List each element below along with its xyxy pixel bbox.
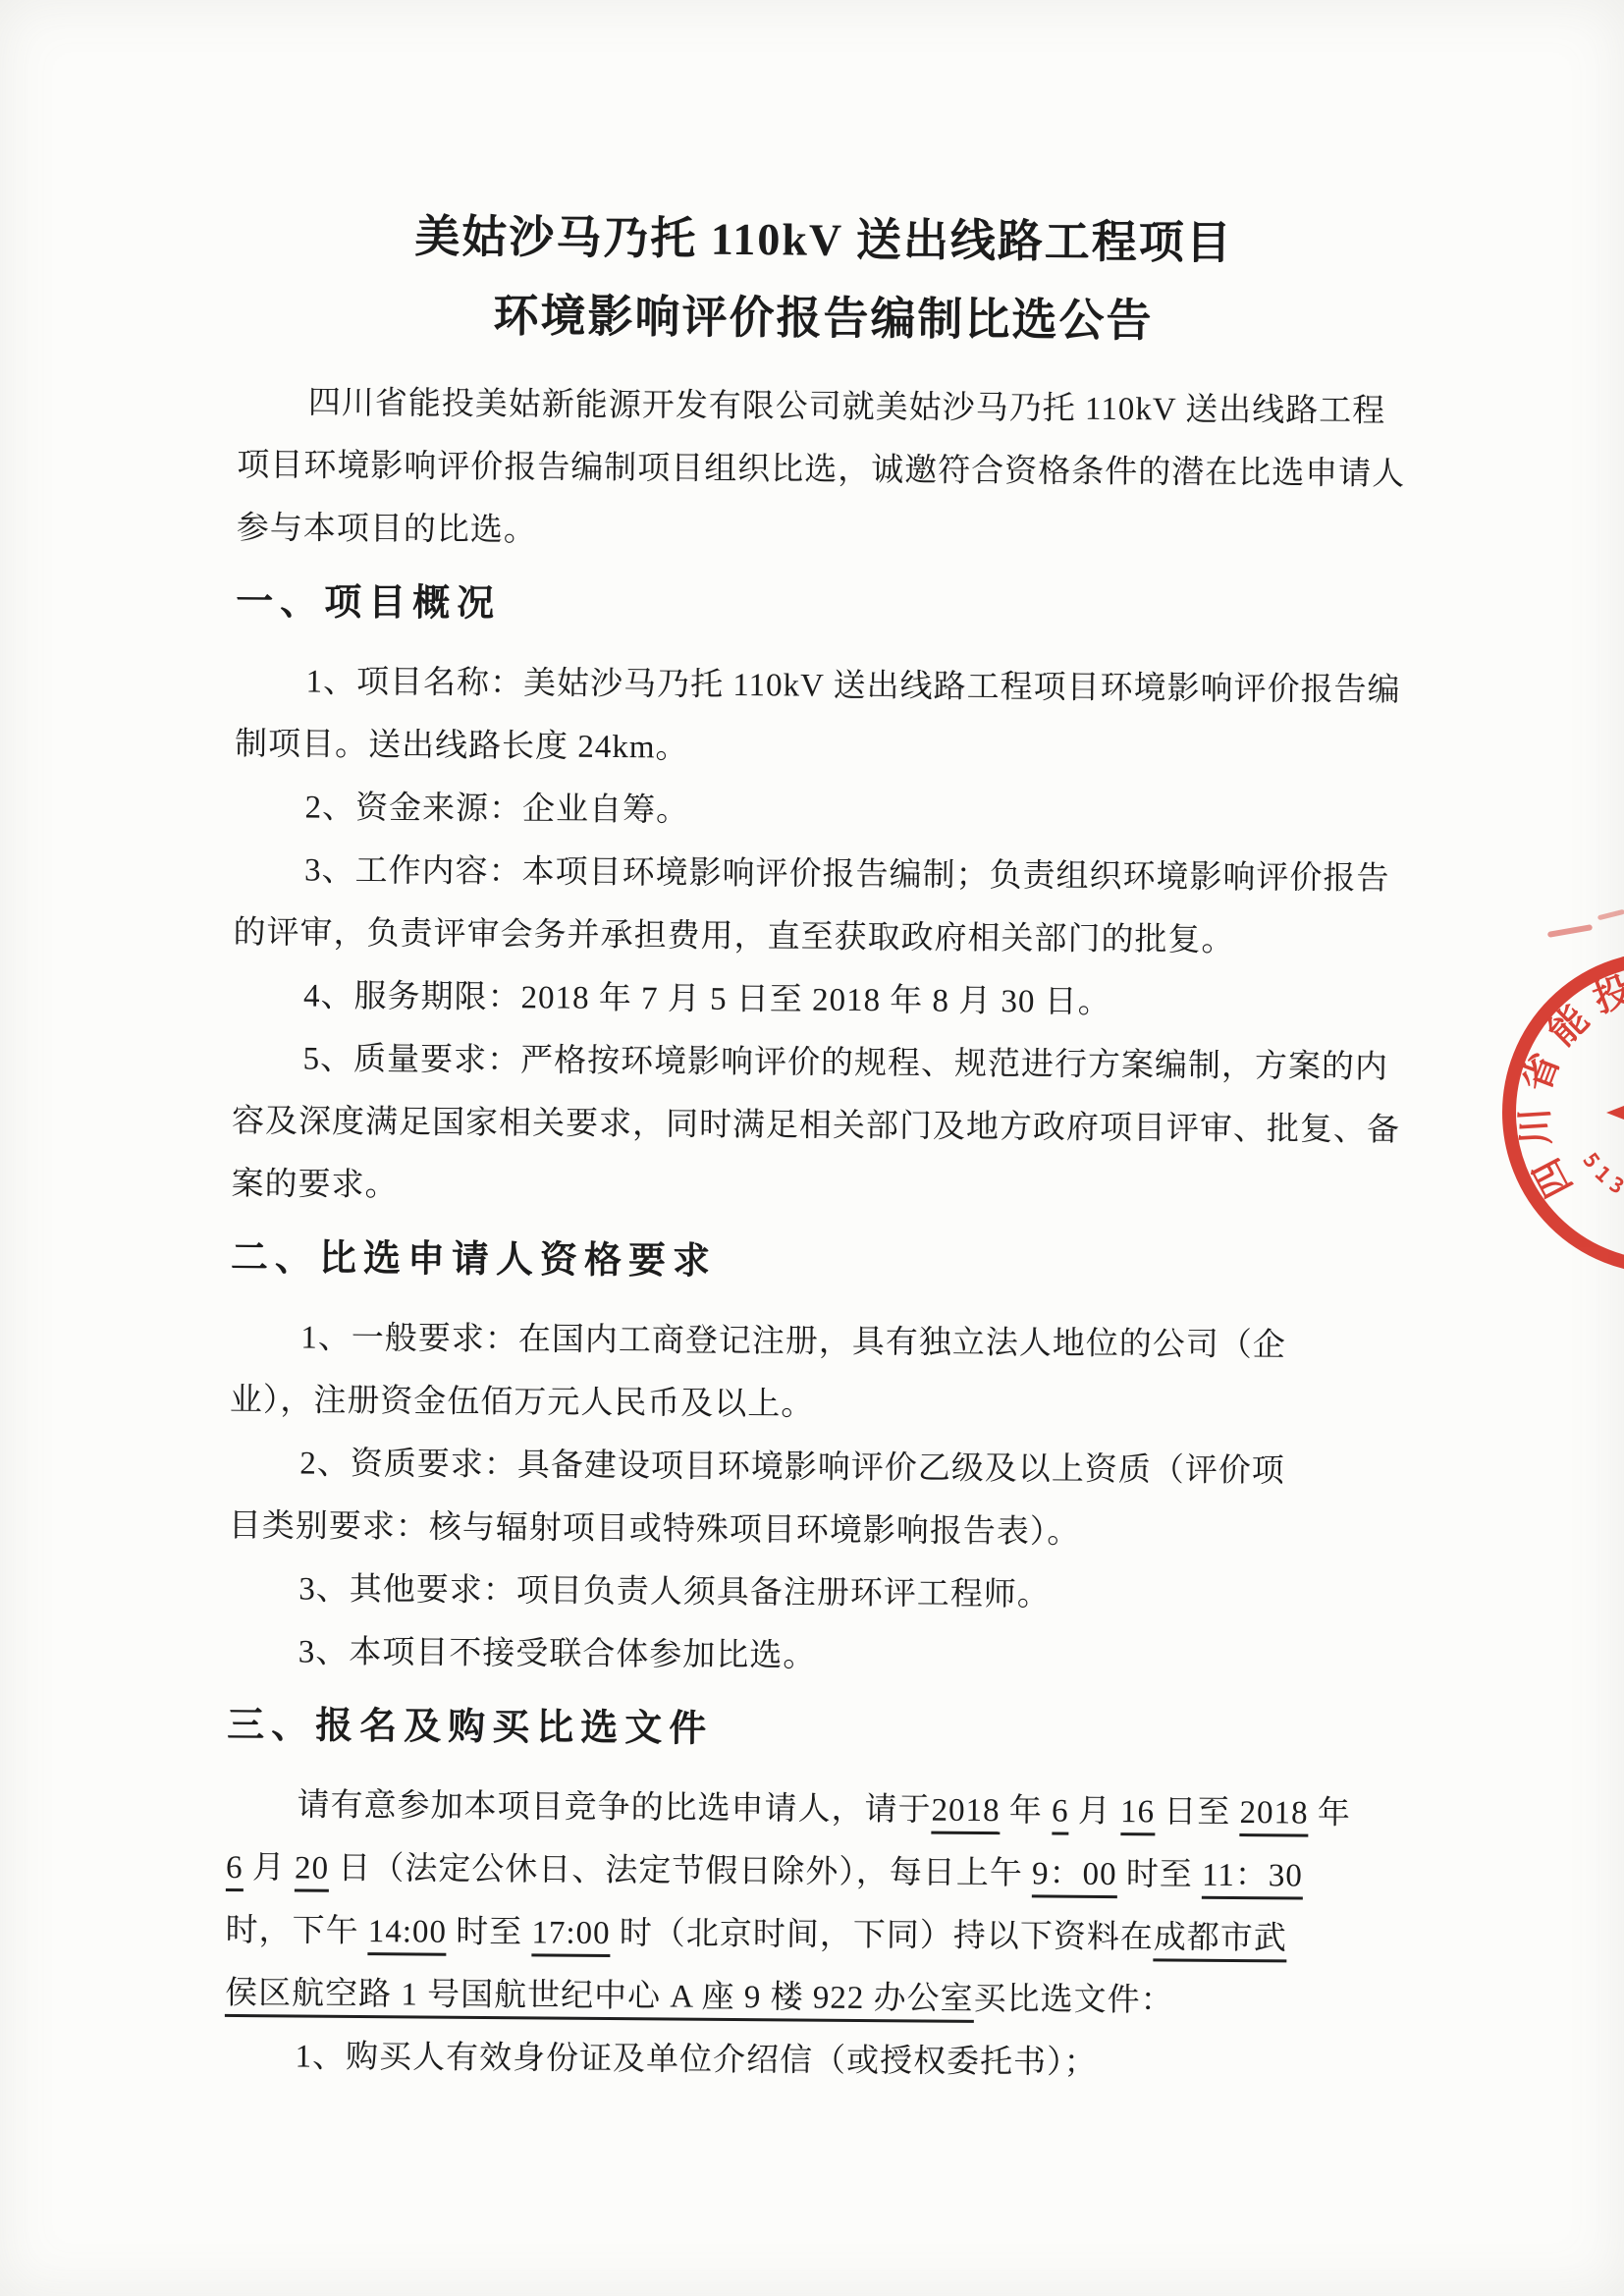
text-line: 时，下午 14:00 时至 17:00 时（北京时间，下同）持以下资料在成都市武 — [225, 1899, 1395, 1971]
underlined-date: 2018 — [1239, 1795, 1308, 1837]
underlined-address: 成都市武 — [1154, 1920, 1287, 1962]
text-line: 四川省能投美姑新能源开发有限公司就美姑沙马乃托 110kV 送出线路工程 — [238, 371, 1408, 443]
seal-star — [1606, 1059, 1624, 1167]
section3-body: 请有意参加本项目竞争的比选申请人，请于2018 年 6 月 16 日至 2018… — [224, 1774, 1396, 2097]
text-line: 侯区航空路 1 号国航世纪中心 A 座 9 楼 922 办公室买比选文件： — [225, 1962, 1395, 2034]
underlined-date: 6 — [1052, 1794, 1069, 1835]
section1-body: 1、项目名称：美姑沙马乃托 110kV 送出线路工程项目环境影响评价报告编 制项… — [231, 650, 1405, 1225]
text-line: 5、质量要求：严格按环境影响评价的规程、规范进行方案编制，方案的内 — [232, 1027, 1402, 1099]
underlined-time: 14:00 — [368, 1914, 447, 1956]
text-line: 制项目。送出线路长度 24km。 — [235, 713, 1405, 785]
text-line: 1、一般要求：在国内工商登记注册，具有独立法人地位的公司（企 — [230, 1306, 1400, 1378]
underlined-date: 2018 — [931, 1793, 1000, 1835]
text-line: 1、购买人有效身份证及单位介绍信（或授权委托书）； — [224, 2025, 1394, 2097]
section1-heading: 一、项目概况 — [236, 568, 1407, 645]
text-line: 3、本项目不接受联合体参加比选。 — [228, 1620, 1398, 1692]
title-line-1: 美姑沙马乃托 110kV 送出线路工程项目 — [239, 196, 1410, 284]
underlined-address: 侯区航空路 1 号国航世纪中心 A 座 9 楼 922 办公室 — [225, 1976, 974, 2023]
text-line: 1、项目名称：美姑沙马乃托 110kV 送出线路工程项目环境影响评价报告编 — [235, 650, 1405, 722]
text-line: 项目环境影响评价报告编制项目组织比选，诚邀符合资格条件的潜在比选申请人 — [237, 434, 1407, 506]
text-segment: 月 — [1068, 1794, 1120, 1830]
text-segment: 请有意参加本项目竞争的比选申请人，请于 — [297, 1788, 931, 1829]
text-line: 业），注册资金伍佰万元人民币及以上。 — [230, 1369, 1400, 1441]
text-segment: 时至 — [447, 1915, 532, 1951]
text-line: 4、服务期限：2018 年 7 月 5 日至 2018 年 8 月 30 日。 — [233, 964, 1403, 1036]
text-segment: 买比选文件： — [973, 1982, 1173, 2019]
underlined-time: 9：00 — [1032, 1856, 1117, 1898]
text-segment: 年 — [1308, 1796, 1351, 1831]
section2-heading: 二、比选申请人资格要求 — [231, 1224, 1402, 1301]
text-line: 案的要求。 — [231, 1153, 1401, 1225]
text-line: 参与本项目的比选。 — [237, 497, 1407, 569]
text-line: 2、资质要求：具备建设项目环境影响评价乙级及以上资质（评价项 — [229, 1432, 1399, 1503]
document-content: 美姑沙马乃托 110kV 送出线路工程项目 环境影响评价报告编制比选公告 四川省… — [224, 0, 1411, 2097]
document-title: 美姑沙马乃托 110kV 送出线路工程项目 环境影响评价报告编制比选公告 — [238, 0, 1411, 362]
intro-paragraph: 四川省能投美姑新能源开发有限公司就美姑沙马乃托 110kV 送出线路工程 项目环… — [237, 371, 1408, 569]
text-segment: 日至 — [1155, 1794, 1240, 1831]
seal-serial-number: 51343650 — [1578, 1149, 1624, 1212]
seal-ink-smudge — [1547, 924, 1593, 938]
underlined-date: 6 — [226, 1850, 244, 1891]
section3-heading: 三、报名及购买比选文件 — [227, 1691, 1398, 1769]
underlined-time: 11：30 — [1202, 1858, 1303, 1900]
underlined-time: 17:00 — [531, 1915, 610, 1957]
text-segment: 年 — [1000, 1793, 1052, 1829]
text-line: 容及深度满足国家相关要求，同时满足相关部门及地方政府项目评审、批复、备 — [232, 1090, 1402, 1162]
text-line: 目类别要求：核与辐射项目或特殊项目环境影响报告表）。 — [229, 1495, 1399, 1566]
title-line-2: 环境影响评价报告编制比选公告 — [238, 275, 1409, 362]
text-line: 请有意参加本项目竞争的比选申请人，请于2018 年 6 月 16 日至 2018… — [226, 1774, 1396, 1845]
text-line: 的评审，负责评审会务并承担费用，直至获取政府相关部门的批复。 — [233, 902, 1403, 973]
text-line: 6 月 20 日（法定公休日、法定节假日除外），每日上午 9：00 时至 11：… — [226, 1836, 1396, 1908]
section2-body: 1、一般要求：在国内工商登记注册，具有独立法人地位的公司（企 业），注册资金伍佰… — [228, 1306, 1401, 1692]
underlined-date: 16 — [1120, 1794, 1155, 1835]
text-line: 2、资金来源：企业自筹。 — [234, 776, 1404, 847]
svg-text:51343650: 51343650 — [1578, 1149, 1624, 1212]
text-segment: 时（北京时间，下同）持以下资料在 — [610, 1916, 1154, 1955]
official-seal-stamp: 四川省能投美 51343650 — [1495, 945, 1624, 1281]
underlined-date: 20 — [295, 1850, 329, 1891]
document-page: 美姑沙马乃托 110kV 送出线路工程项目 环境影响评价报告编制比选公告 四川省… — [0, 0, 1624, 2296]
text-line: 3、其他要求：项目负责人须具备注册环评工程师。 — [228, 1558, 1398, 1629]
text-segment: 月 — [243, 1850, 295, 1886]
text-segment: 日（法定公休日、法定节假日除外），每日上午 — [329, 1851, 1032, 1892]
text-line: 3、工作内容：本项目环境影响评价报告编制；负责组织环境影响评价报告 — [234, 839, 1404, 910]
seal-ink-smudge — [1597, 909, 1624, 921]
text-segment: 时，下午 — [225, 1913, 368, 1949]
text-segment: 时至 — [1116, 1857, 1202, 1893]
